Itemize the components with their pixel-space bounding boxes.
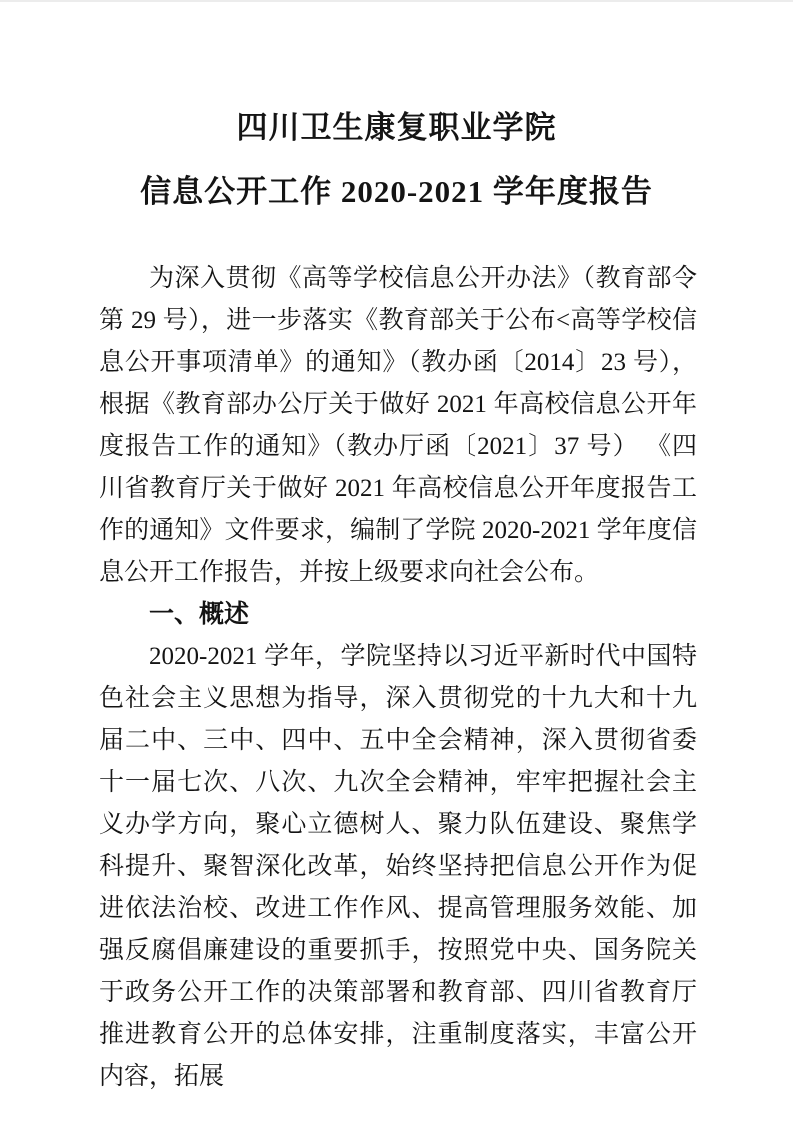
document-page: 四川卫生康复职业学院 信息公开工作 2020-2021 学年度报告 为深入贯彻《… (0, 0, 793, 1122)
section-heading-overview: 一、概述 (99, 594, 697, 636)
overview-paragraph: 2020-2021 学年，学院坚持以习近平新时代中国特色社会主义思想为指导，深入… (99, 636, 697, 1098)
document-title-line-2: 信息公开工作 2020-2021 学年度报告 (0, 160, 793, 224)
document-title: 四川卫生康复职业学院 信息公开工作 2020-2021 学年度报告 (0, 96, 793, 224)
intro-paragraph: 为深入贯彻《高等学校信息公开办法》（教育部令第 29 号），进一步落实《教育部关… (99, 258, 697, 594)
document-title-line-1: 四川卫生康复职业学院 (0, 96, 793, 160)
document-body: 为深入贯彻《高等学校信息公开办法》（教育部令第 29 号），进一步落实《教育部关… (99, 258, 697, 1098)
